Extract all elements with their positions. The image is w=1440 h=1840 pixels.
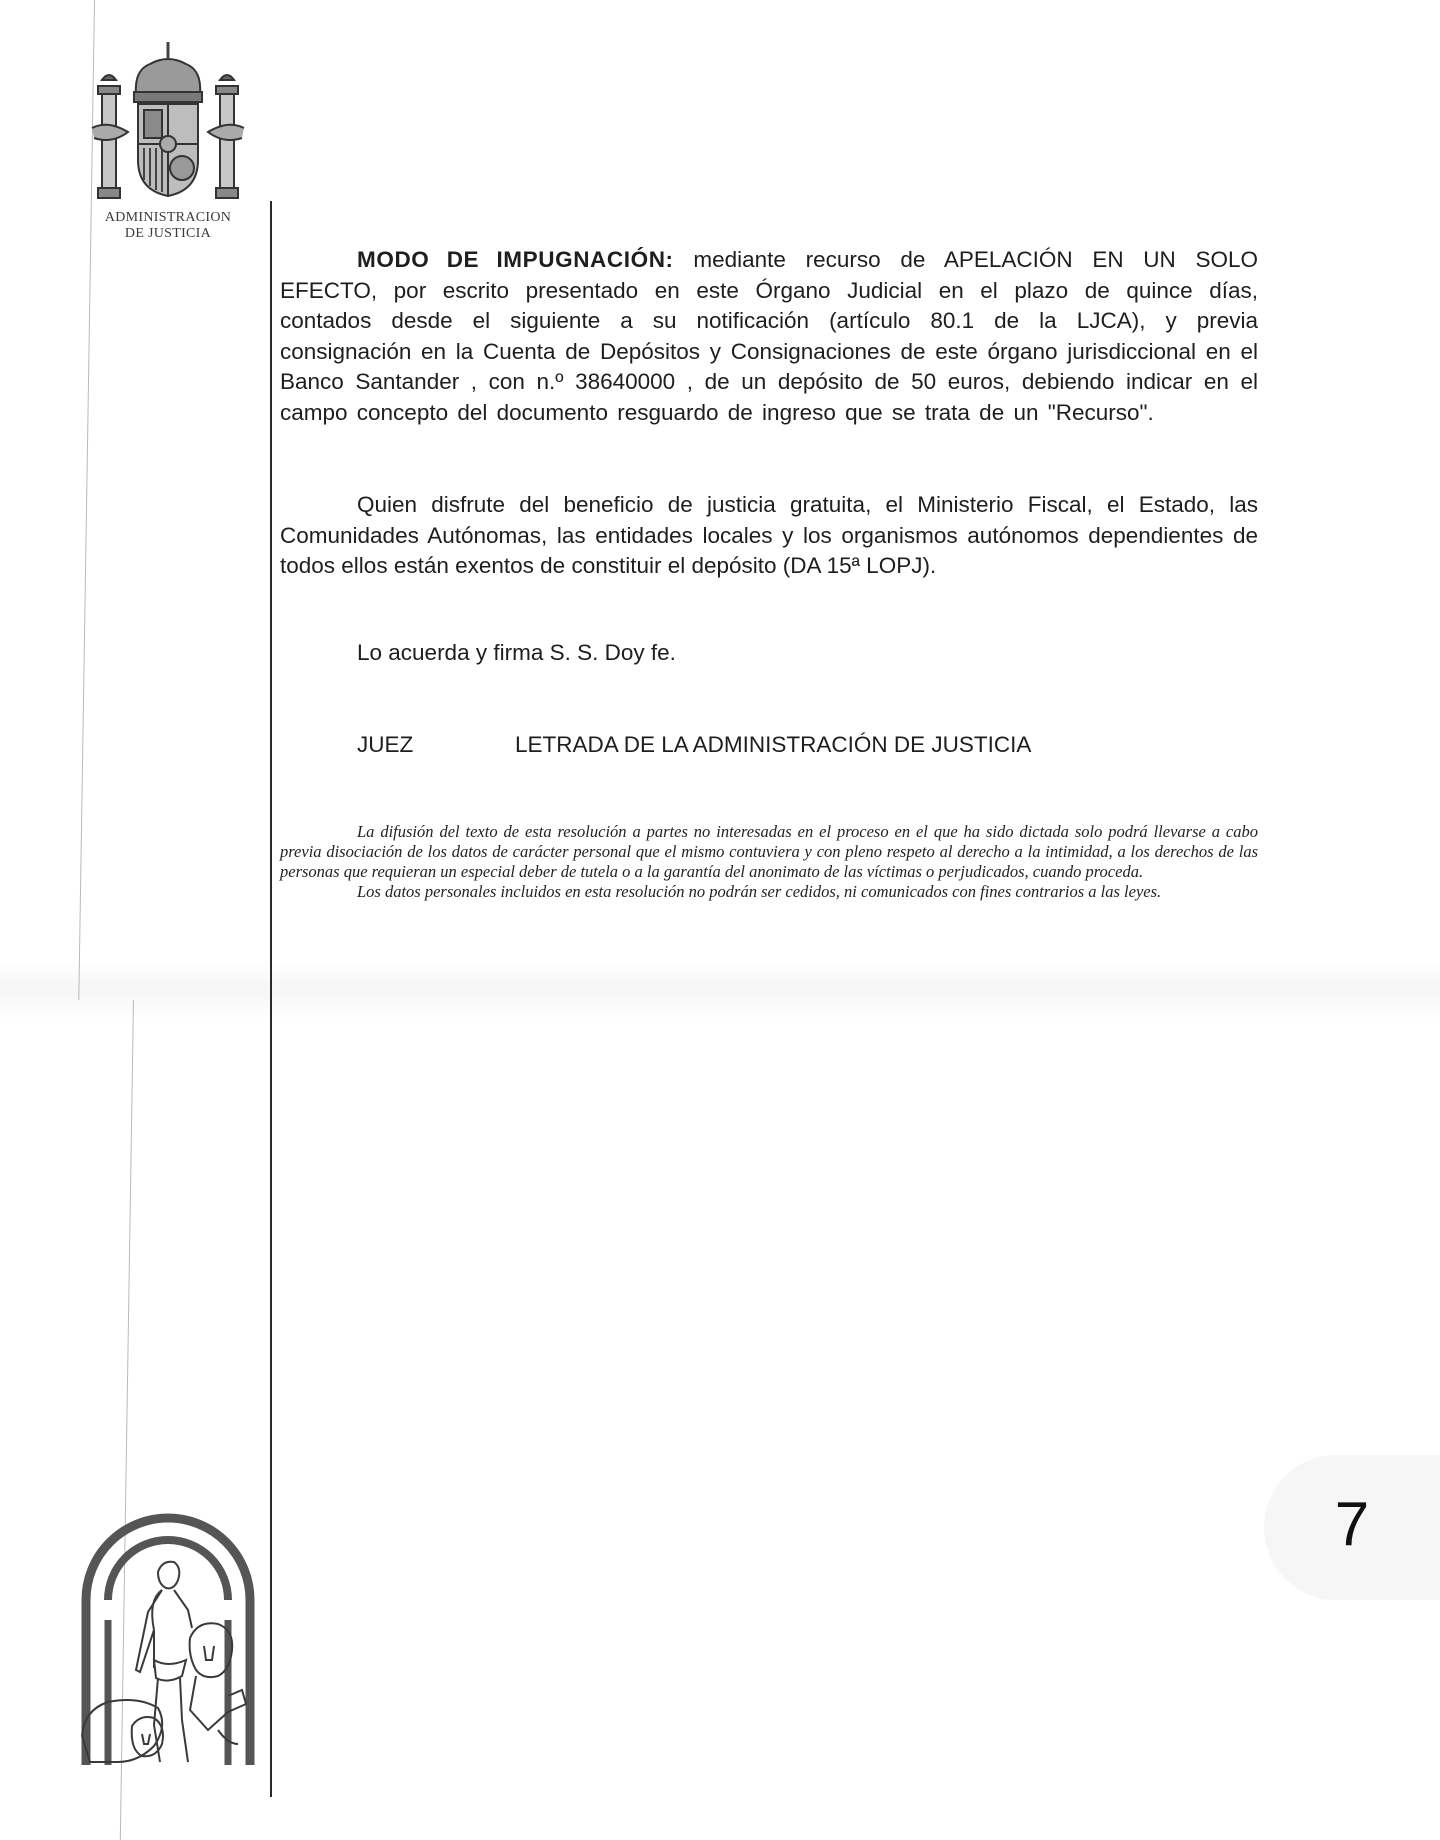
junta-de-andalucia-emblem-icon bbox=[78, 1500, 258, 1765]
margin-rule bbox=[270, 201, 272, 1797]
crest-caption-line1: ADMINISTRACION bbox=[78, 210, 258, 226]
exemption-text: Quien disfrute del beneficio de justicia… bbox=[280, 490, 1258, 582]
privacy-notice-paragraph-1: La difusión del texto de esta resolución… bbox=[280, 822, 1258, 882]
exemption-paragraph: Quien disfrute del beneficio de justicia… bbox=[280, 490, 1258, 582]
appeal-text: mediante recurso de APELACIÓN EN UN SOLO… bbox=[280, 247, 1258, 425]
privacy-notice-paragraph-2: Los datos personales incluidos en esta r… bbox=[280, 882, 1258, 902]
signature-judge: JUEZ bbox=[357, 732, 413, 758]
signature-clerk: LETRADA DE LA ADMINISTRACIÓN DE JUSTICIA bbox=[515, 732, 1031, 758]
spain-coat-of-arms-icon bbox=[88, 40, 248, 210]
privacy-notice: La difusión del texto de esta resolución… bbox=[280, 822, 1258, 902]
crest-caption: ADMINISTRACION DE JUSTICIA bbox=[78, 210, 258, 242]
crest-caption-line2: DE JUSTICIA bbox=[78, 226, 258, 242]
appeal-paragraph: MODO DE IMPUGNACIÓN: mediante recurso de… bbox=[280, 245, 1258, 428]
scan-shade bbox=[0, 960, 1440, 1020]
page-number: 7 bbox=[1322, 1490, 1382, 1560]
signoff-text: Lo acuerda y firma S. S. Doy fe. bbox=[357, 640, 676, 666]
appeal-heading: MODO DE IMPUGNACIÓN: bbox=[357, 247, 674, 272]
